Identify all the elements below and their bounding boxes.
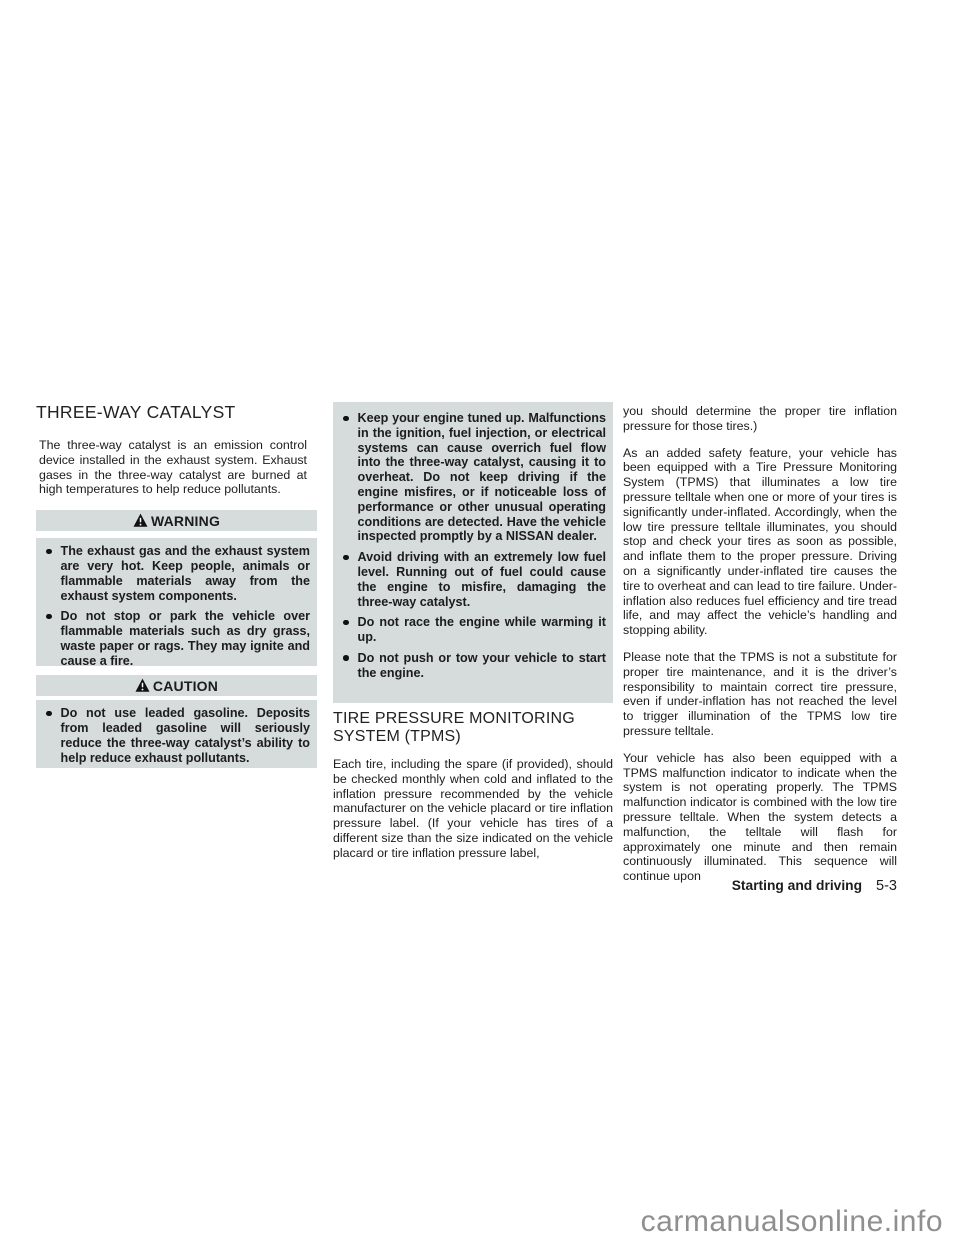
warning-bullet-text: Avoid driving with an extremely low fuel… xyxy=(358,550,607,609)
caution-header: CAUTION xyxy=(36,675,317,696)
caution-bullet-text: Do not use leaded gasoline. Deposits fro… xyxy=(61,706,311,765)
warning-bullet-text: Do not stop or park the vehicle over fla… xyxy=(61,609,311,668)
bullet-dot-icon xyxy=(343,416,349,422)
caution-bullet-list: Do not use leaded gasoline. Deposits fro… xyxy=(41,706,310,765)
right-column: you should determine the proper tire inf… xyxy=(623,404,897,896)
warning-bullet: The exhaust gas and the exhaust system a… xyxy=(41,544,310,603)
page-footer: Starting and driving 5-3 xyxy=(732,878,897,894)
warning-bullet-list: Keep your engine tuned up. Malfunctions … xyxy=(338,411,606,681)
warning-bullet-text: Do not race the engine while warming it … xyxy=(358,615,607,645)
bullet-dot-icon xyxy=(343,620,349,626)
warning-bullet: Do not push or tow your vehicle to start… xyxy=(338,651,606,681)
bullet-dot-icon xyxy=(46,549,52,555)
warning-header: WARNING xyxy=(36,510,317,531)
left-column: THREE-WAY CATALYST The three-way catalys… xyxy=(36,402,317,768)
manual-page: { "three_way_catalyst": { "heading": "TH… xyxy=(0,0,960,1242)
watermark: carmanualsonline.info xyxy=(641,1205,943,1239)
bullet-dot-icon xyxy=(343,555,349,561)
warning-bullet: Do not race the engine while warming it … xyxy=(338,615,606,645)
warning-box: The exhaust gas and the exhaust system a… xyxy=(36,538,317,666)
footer-section-label: Starting and driving xyxy=(732,878,862,893)
bullet-dot-icon xyxy=(343,655,349,661)
warning-bullet-text: The exhaust gas and the exhaust system a… xyxy=(61,544,311,603)
bullet-dot-icon xyxy=(46,711,52,717)
tpms-paragraph: As an added safety feature, your vehicle… xyxy=(623,446,897,638)
tpms-paragraph: you should determine the proper tire inf… xyxy=(623,404,897,434)
tpms-paragraph: Please note that the TPMS is not a subst… xyxy=(623,650,897,739)
middle-column: Keep your engine tuned up. Malfunctions … xyxy=(333,402,613,861)
warning-triangle-icon xyxy=(135,678,150,693)
footer-page-number: 5-3 xyxy=(876,878,897,894)
caution-box: Do not use leaded gasoline. Deposits fro… xyxy=(36,700,317,768)
page-title: THREE-WAY CATALYST xyxy=(36,402,317,423)
warning-bullet-list: The exhaust gas and the exhaust system a… xyxy=(41,544,310,668)
warning-bullet-text: Keep your engine tuned up. Malfunctions … xyxy=(358,411,607,544)
caution-bullet: Do not use leaded gasoline. Deposits fro… xyxy=(41,706,310,765)
caution-label: CAUTION xyxy=(153,678,218,694)
warning-box-continued: Keep your engine tuned up. Malfunctions … xyxy=(333,402,613,703)
warning-bullet: Keep your engine tuned up. Malfunctions … xyxy=(338,411,606,544)
warning-bullet: Do not stop or park the vehicle over fla… xyxy=(41,609,310,668)
warning-bullet-text: Do not push or tow your vehicle to start… xyxy=(358,651,607,681)
bullet-dot-icon xyxy=(46,614,52,620)
warning-label: WARNING xyxy=(151,513,220,529)
tpms-section-title: TIRE PRESSURE MONITORING SYSTEM (TPMS) xyxy=(333,710,613,745)
tpms-paragraph-list: you should determine the proper tire inf… xyxy=(623,404,897,884)
warning-triangle-icon xyxy=(133,513,148,528)
tpms-intro-paragraph: Each tire, including the spare (if provi… xyxy=(333,757,613,861)
warning-bullet: Avoid driving with an extremely low fuel… xyxy=(338,550,606,609)
tpms-paragraph: Your vehicle has also been equipped with… xyxy=(623,751,897,884)
three-way-catalyst-intro: The three-way catalyst is an emission co… xyxy=(39,438,307,497)
